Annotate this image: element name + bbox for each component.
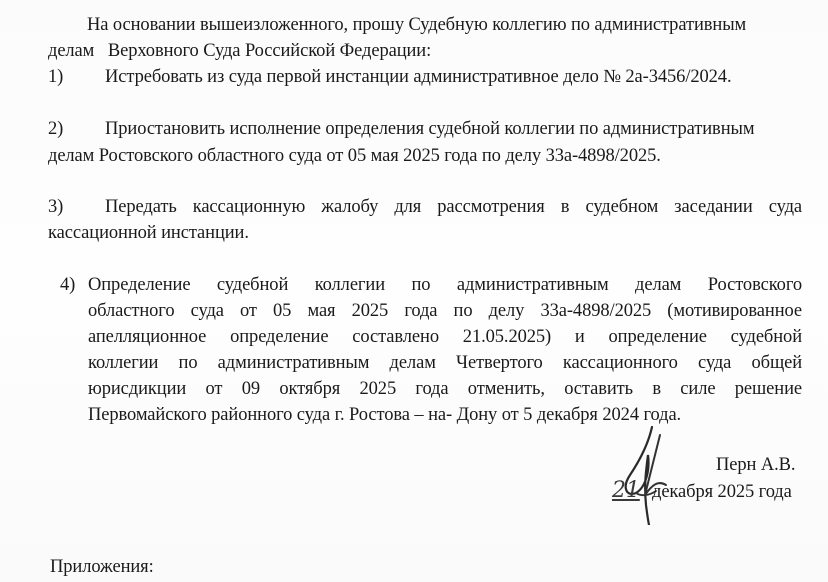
signature-date: декабря 2025 года (652, 481, 792, 503)
item-2-line-1: Приостановить исполнение определения суд… (105, 118, 754, 140)
document-page: На основании вышеизложенного, прошу Суде… (0, 0, 828, 582)
item-4-line-4: коллегии по административным делам Четве… (88, 352, 802, 374)
handwritten-signature (600, 425, 720, 525)
item-4-number: 4) (60, 274, 75, 296)
signer-name: Перн А.В. (716, 454, 795, 476)
item-3-line-1: Передать кассационную жалобу для рассмот… (105, 196, 802, 218)
item-1-number: 1) (48, 66, 63, 88)
item-4-line-6: Первомайского районного суда г. Ростова … (88, 404, 681, 426)
intro-line-1: На основании вышеизложенного, прошу Суде… (87, 14, 746, 36)
item-2-number: 2) (48, 118, 63, 140)
item-4-line-2: областного суда от 05 мая 2025 года по д… (88, 300, 802, 322)
item-4-line-1: Определение судебной коллегии по админис… (88, 274, 802, 296)
attachments-heading: Приложения: (50, 556, 154, 578)
item-3-number: 3) (48, 196, 63, 218)
signature-icon (600, 425, 720, 525)
item-3-line-2: кассационной инстанции. (48, 222, 249, 244)
item-4-line-5: юрисдикции от 09 октября 2025 года отмен… (88, 378, 802, 400)
item-1-text: Истребовать из суда первой инстанции адм… (105, 66, 731, 88)
item-4-line-3: апелляционное определение составлено 21.… (88, 326, 802, 348)
item-2-line-2: делам Ростовского областного суда от 05 … (48, 145, 661, 167)
signature-day: 21 (612, 480, 640, 502)
intro-line-2: делам Верховного Суда Российской Федерац… (48, 40, 431, 62)
